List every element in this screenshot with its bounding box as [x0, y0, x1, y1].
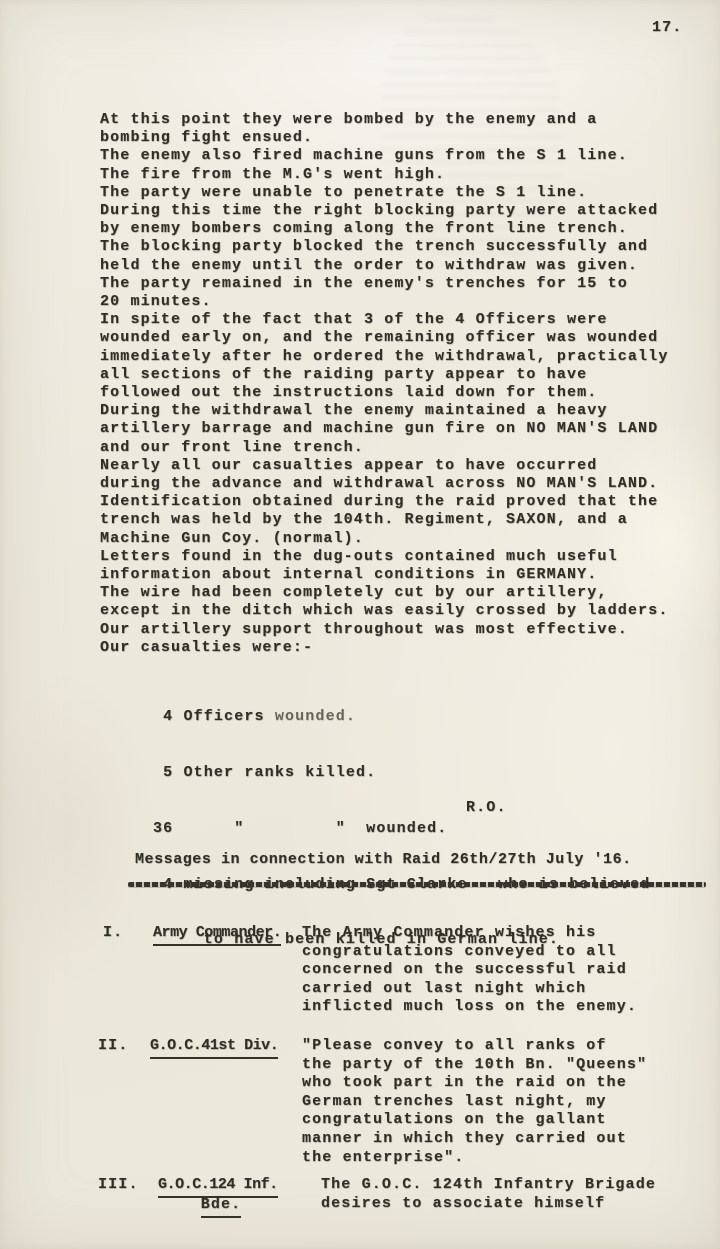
- text-line: The wire had been completely cut by our …: [100, 584, 718, 602]
- text-line: manner in which they carried out: [302, 1130, 647, 1149]
- text-line: During this time the right blocking part…: [100, 202, 718, 220]
- text-line: "Please convey to all ranks of: [302, 1037, 647, 1056]
- text-line: by enemy bombers coming along the front …: [100, 220, 718, 238]
- text-line: who took part in the raid on the: [302, 1074, 647, 1093]
- text-line: immediately after he ordered the withdra…: [100, 348, 718, 366]
- text-line: congratulations conveyed to all: [302, 943, 637, 962]
- text-line: concerned on the successful raid: [302, 961, 637, 980]
- casualty-officers-wounded-note: wounded.: [275, 708, 356, 725]
- dashed-heading-rule: [128, 882, 706, 887]
- text-line: Our artillery support throughout was mos…: [100, 621, 718, 639]
- text-line: Our casualties were:-: [100, 639, 718, 657]
- raid-report-paragraphs: At this point they were bombed by the en…: [100, 111, 718, 657]
- casualty-officers-count: 4 Officers: [153, 708, 275, 725]
- text-line: carried out last night which: [302, 980, 637, 999]
- message-text: The G.O.C. 124th Infantry Brigadedesires…: [321, 1176, 656, 1213]
- text-line: congratulations on the gallant: [302, 1111, 647, 1130]
- text-line: Identification obtained during the raid …: [100, 493, 718, 511]
- text-line: all sections of the raiding party appear…: [100, 366, 718, 384]
- text-line: trench was held by the 104th. Regiment, …: [100, 511, 718, 529]
- message-sender: G.O.C.41st Div.: [150, 1037, 278, 1059]
- text-line: The fire from the M.G's went high.: [100, 166, 718, 184]
- text-line: Letters found in the dug-outs contained …: [100, 548, 718, 566]
- text-line: followed out the instructions laid down …: [100, 384, 718, 402]
- text-line: and our front line trench.: [100, 439, 718, 457]
- text-line: The party were unable to penetrate the S…: [100, 184, 718, 202]
- message-numeral: II.: [98, 1037, 128, 1056]
- scanned-document-page: 17. At this point they were bombed by th…: [0, 0, 720, 1249]
- text-line: At this point they were bombed by the en…: [100, 111, 718, 129]
- text-line: the enterprise".: [302, 1149, 647, 1168]
- text-line: During the withdrawal the enemy maintain…: [100, 402, 718, 420]
- text-line: In spite of the fact that 3 of the 4 Off…: [100, 311, 718, 329]
- text-line: bombing fight ensued.: [100, 129, 718, 147]
- casualty-line-officers: 4 Officers wounded.: [153, 708, 650, 727]
- text-line: except in the ditch which was easily cro…: [100, 602, 718, 620]
- text-line: The G.O.C. 124th Infantry Brigade: [321, 1176, 656, 1195]
- message-sender: Army Commander.: [153, 924, 281, 946]
- page-number: 17.: [652, 19, 682, 36]
- text-line: artillery barrage and machine gun fire o…: [100, 420, 718, 438]
- text-line: The Army Commander wishes his: [302, 924, 637, 943]
- text-line: The blocking party blocked the trench su…: [100, 238, 718, 256]
- message-sender-line1: G.O.C.124 Inf.: [158, 1176, 278, 1198]
- text-line: 20 minutes.: [100, 293, 718, 311]
- message-numeral: III.: [98, 1176, 139, 1195]
- casualty-line-other-ranks-killed: 5 Other ranks killed.: [153, 764, 650, 783]
- text-line: German trenches last night, my: [302, 1093, 647, 1112]
- text-line: Nearly all our casualties appear to have…: [100, 457, 718, 475]
- text-line: held the enemy until the order to withdr…: [100, 257, 718, 275]
- message-sender-line2: Bde.: [158, 1196, 284, 1218]
- text-line: The enemy also fired machine guns from t…: [100, 147, 718, 165]
- text-line: inflicted much loss on the enemy.: [302, 998, 637, 1017]
- text-line: information about internal conditions in…: [100, 566, 718, 584]
- text-line: wounded early on, and the remaining offi…: [100, 329, 718, 347]
- ro-signature: R.O.: [466, 799, 507, 816]
- message-text: "Please convey to all ranks ofthe party …: [302, 1037, 647, 1167]
- text-line: The party remained in the enemy's trench…: [100, 275, 718, 293]
- text-line: the party of the 10th Bn. "Queens": [302, 1056, 647, 1075]
- messages-section-heading: Messages in connection with Raid 26th/27…: [135, 851, 632, 868]
- text-line: desires to associate himself: [321, 1195, 656, 1214]
- message-numeral: I.: [103, 924, 123, 943]
- text-line: Machine Gun Coy. (normal).: [100, 530, 718, 548]
- casualty-line-other-ranks-wounded: 36 " " wounded.: [153, 820, 650, 839]
- text-line: during the advance and withdrawal across…: [100, 475, 718, 493]
- message-text: The Army Commander wishes hiscongratulat…: [302, 924, 637, 1017]
